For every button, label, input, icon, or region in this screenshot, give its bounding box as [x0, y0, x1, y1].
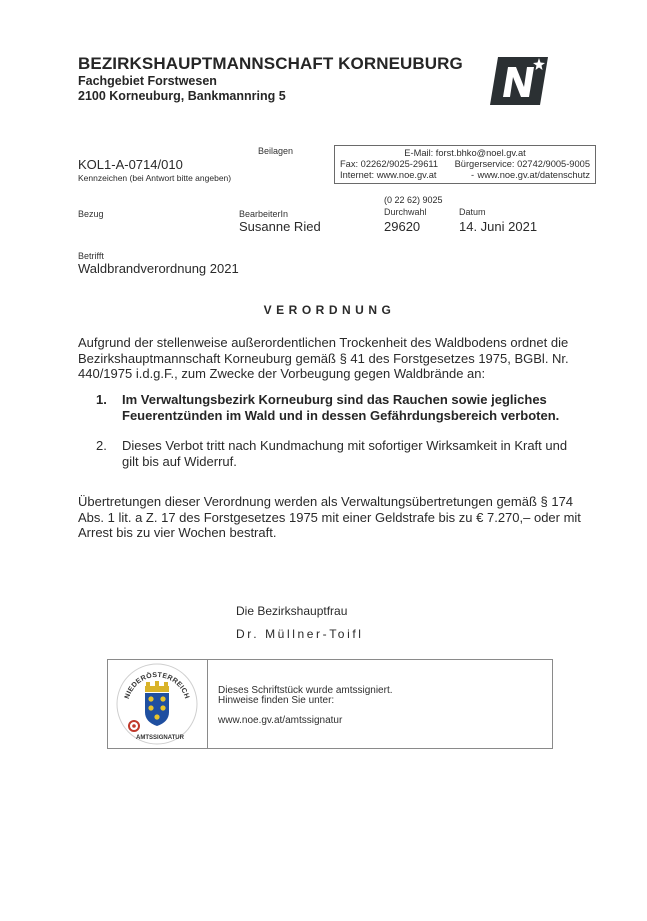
- durchwahl-label: Durchwahl: [384, 207, 427, 217]
- amtssignatur-line2: Hinweise finden Sie unter:: [218, 695, 334, 706]
- betrifft-value: Waldbrandverordnung 2021: [78, 261, 239, 276]
- contact-email[interactable]: E-Mail: forst.bhko@noel.gv.at: [335, 148, 595, 158]
- noe-logo-icon: [488, 55, 550, 107]
- amtssignatur-link[interactable]: www.noe.gv.at/amtssignatur: [218, 715, 342, 726]
- contact-separator: -: [471, 170, 474, 180]
- durchwahl-value: 29620: [384, 219, 420, 234]
- penalty-paragraph: Übertretungen dieser Verordnung werden a…: [78, 494, 588, 541]
- intro-paragraph: Aufgrund der stellenweise außerordentlic…: [78, 335, 588, 382]
- kennzeichen-hint: Kennzeichen (bei Antwort bitte angeben): [78, 173, 231, 183]
- beilagen-label: Beilagen: [258, 146, 293, 156]
- item-text: Dieses Verbot tritt nach Kundmachung mit…: [122, 438, 582, 469]
- bezug-label: Bezug: [78, 209, 104, 219]
- contact-fax: Fax: 02262/9025-29611: [340, 159, 438, 169]
- signature-title: Die Bezirkshauptfrau: [236, 604, 347, 618]
- bearbeiter-value: Susanne Ried: [239, 219, 321, 234]
- signature-name: Dr. Müllner-Toifl: [236, 627, 364, 641]
- amtssignatur-divider: [207, 660, 208, 748]
- contact-box: E-Mail: forst.bhko@noel.gv.at Fax: 02262…: [334, 145, 596, 184]
- phone-prefix: (0 22 62) 9025: [384, 195, 443, 205]
- item-number: 1.: [96, 392, 107, 408]
- svg-text:AMTSSIGNATUR: AMTSSIGNATUR: [136, 735, 185, 741]
- contact-internet[interactable]: Internet: www.noe.gv.at: [340, 170, 436, 180]
- bearbeiter-label: BearbeiterIn: [239, 209, 288, 219]
- kennzeichen-value: KOL1-A-0714/010: [78, 157, 183, 172]
- document-heading: VERORDNUNG: [0, 303, 647, 317]
- department-name: Fachgebiet Forstwesen: [78, 74, 217, 88]
- organization-name: BEZIRKSHAUPTMANNSCHAFT KORNEUBURG: [78, 54, 463, 74]
- betrifft-label: Betrifft: [78, 251, 104, 261]
- contact-buergerservice: Bürgerservice: 02742/9005-9005: [455, 159, 590, 169]
- amtssignatur-box: NIEDERÖSTERREICH AMTSSIGNATUR Dieses Sch…: [107, 659, 553, 749]
- datum-label: Datum: [459, 207, 486, 217]
- contact-datenschutz-link[interactable]: www.noe.gv.at/datenschutz: [478, 170, 591, 180]
- organization-address: 2100 Korneuburg, Bankmannring 5: [78, 89, 286, 103]
- datum-value: 14. Juni 2021: [459, 219, 537, 234]
- amtssignatur-seal-icon: NIEDERÖSTERREICH AMTSSIGNATUR: [114, 662, 200, 746]
- item-text: Im Verwaltungsbezirk Korneuburg sind das…: [122, 392, 582, 423]
- item-number: 2.: [96, 438, 107, 454]
